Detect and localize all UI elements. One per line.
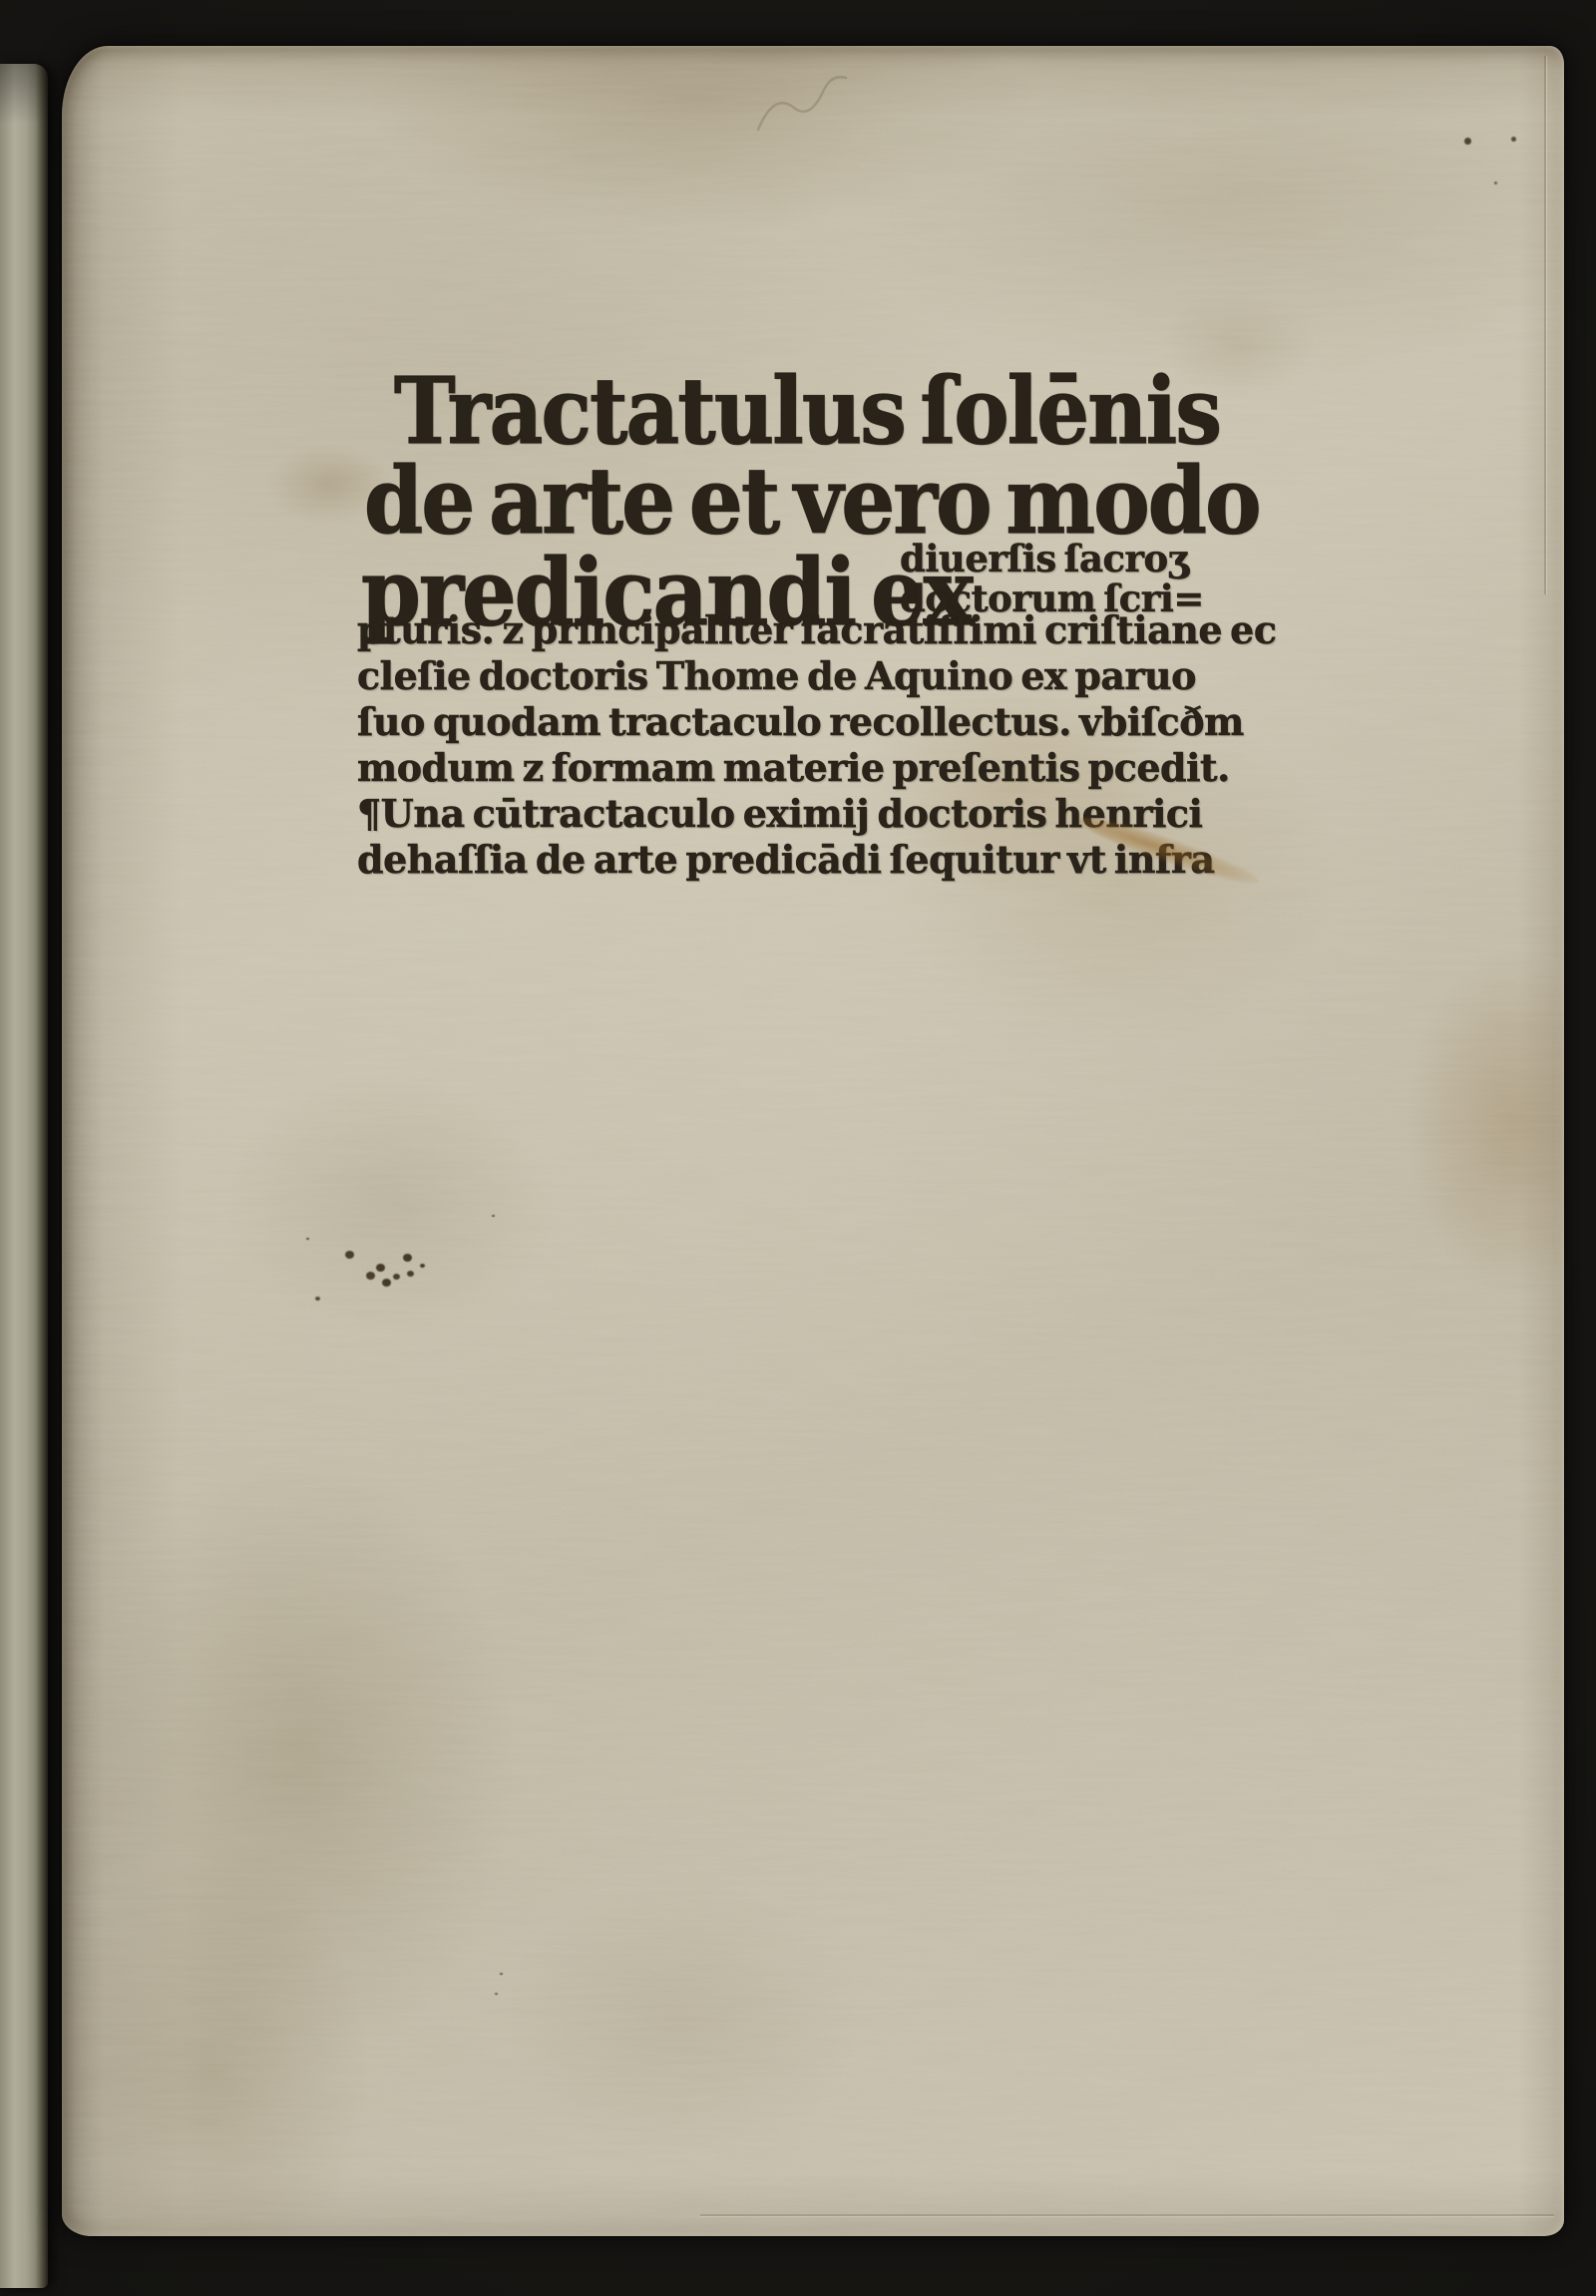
speck-cluster [345, 1251, 354, 1259]
bottom-crease [700, 2214, 1554, 2216]
underlying-page-edge [0, 64, 48, 2288]
pencil-mark [750, 64, 870, 164]
title-side-line-1: diuerſis ſacroʒ [900, 539, 1204, 578]
title-page: Tractatulus ſolēnis de arte et vero modo… [62, 46, 1564, 2236]
body-line: modum z formam materie preſentis pcedit. [357, 745, 1276, 791]
ink-specks [1464, 138, 1471, 145]
book-scan: Tractatulus ſolēnis de arte et vero modo… [0, 0, 1596, 2296]
title-line-2: de arte et vero modo [364, 455, 1260, 547]
fold-line [1544, 56, 1546, 594]
body-line: pturis. z principaliter ſacratiſſimi cri… [357, 607, 1276, 653]
body-line: cleſie doctoris Thome de Aquino ex paruo [357, 653, 1276, 699]
body-line: ſuo quodam tractaculo recollectus. vbiſc… [357, 699, 1276, 745]
title-side-lines: diuerſis ſacroʒ doctorum ſcri= [900, 539, 1204, 618]
title-line-1: Tractatulus ſolēnis [394, 365, 1220, 457]
